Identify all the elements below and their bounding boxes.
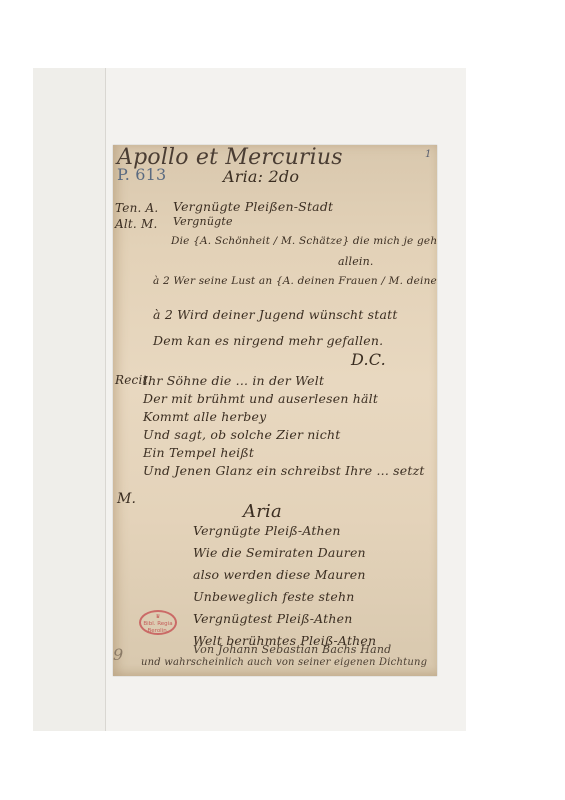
aria2-line: Vergnügtest Pleiß-Athen — [193, 611, 353, 626]
manuscript-page: Apollo et Mercurius 1 P. 613 Aria: 2do T… — [113, 145, 437, 676]
aria1-line: Dem kan es nirgend mehr gefallen. — [153, 333, 383, 348]
library-stamp: ♛ Bibl. Regia Berolin. — [139, 610, 177, 635]
aria1-line: Die {A. Schönheit / M. Schätze} die mich… — [171, 235, 437, 247]
role-alto: Alt. M. — [115, 217, 157, 231]
role-tenor: Ten. A. — [115, 201, 158, 215]
aria2-line: Unbeweglich feste stehn — [193, 589, 354, 604]
aria2-line: Vergnügte Pleiß-Athen — [193, 523, 341, 538]
stamp-crown-icon: ♛ — [141, 614, 175, 621]
da-capo-mark: D.C. — [351, 350, 386, 369]
aria2-voice-marker: M. — [117, 491, 136, 507]
aria1-line: Vergnügte — [173, 215, 233, 228]
aria1-line: Vergnügte Pleißen-Stadt — [173, 199, 333, 214]
attribution-line: und wahrscheinlich auch von seiner eigen… — [141, 657, 427, 668]
recit-line: Der mit brühmt und auserlesen hält — [143, 391, 378, 406]
aria2-line: also werden diese Mauren — [193, 567, 366, 582]
recit-line: Kommt alle herbey — [143, 409, 266, 424]
aria-heading-1: Aria: 2do — [223, 167, 299, 186]
recit-line: Und Jenen Glanz ein schreibst Ihre ... s… — [143, 463, 425, 478]
aria1-line: à 2 Wer seine Lust an {A. deinen Frauen … — [153, 275, 437, 287]
recit-line: Und sagt, ob solche Zier nicht — [143, 427, 340, 442]
aria-heading-2: Aria — [243, 501, 282, 522]
aria1-line: allein. — [338, 255, 374, 268]
viewer-canvas: Apollo et Mercurius 1 P. 613 Aria: 2do T… — [0, 0, 565, 800]
stamp-line: Bibl. Regia — [141, 621, 175, 628]
stamp-line: Berolin. — [141, 628, 175, 635]
page-mark: 9 — [113, 645, 123, 664]
shelfmark: P. 613 — [117, 165, 166, 184]
recit-line: Ein Tempel heißt — [143, 445, 254, 460]
aria2-line: Wie die Semiraten Dauren — [193, 545, 366, 560]
folio-number: 1 — [425, 149, 432, 160]
recit-line: Ihr Söhne die ... in der Welt — [143, 373, 324, 388]
attribution-line: Von Johann Sebastian Bachs Hand — [193, 643, 391, 656]
aria1-line: à 2 Wird deiner Jugend wünscht statt — [153, 307, 398, 322]
